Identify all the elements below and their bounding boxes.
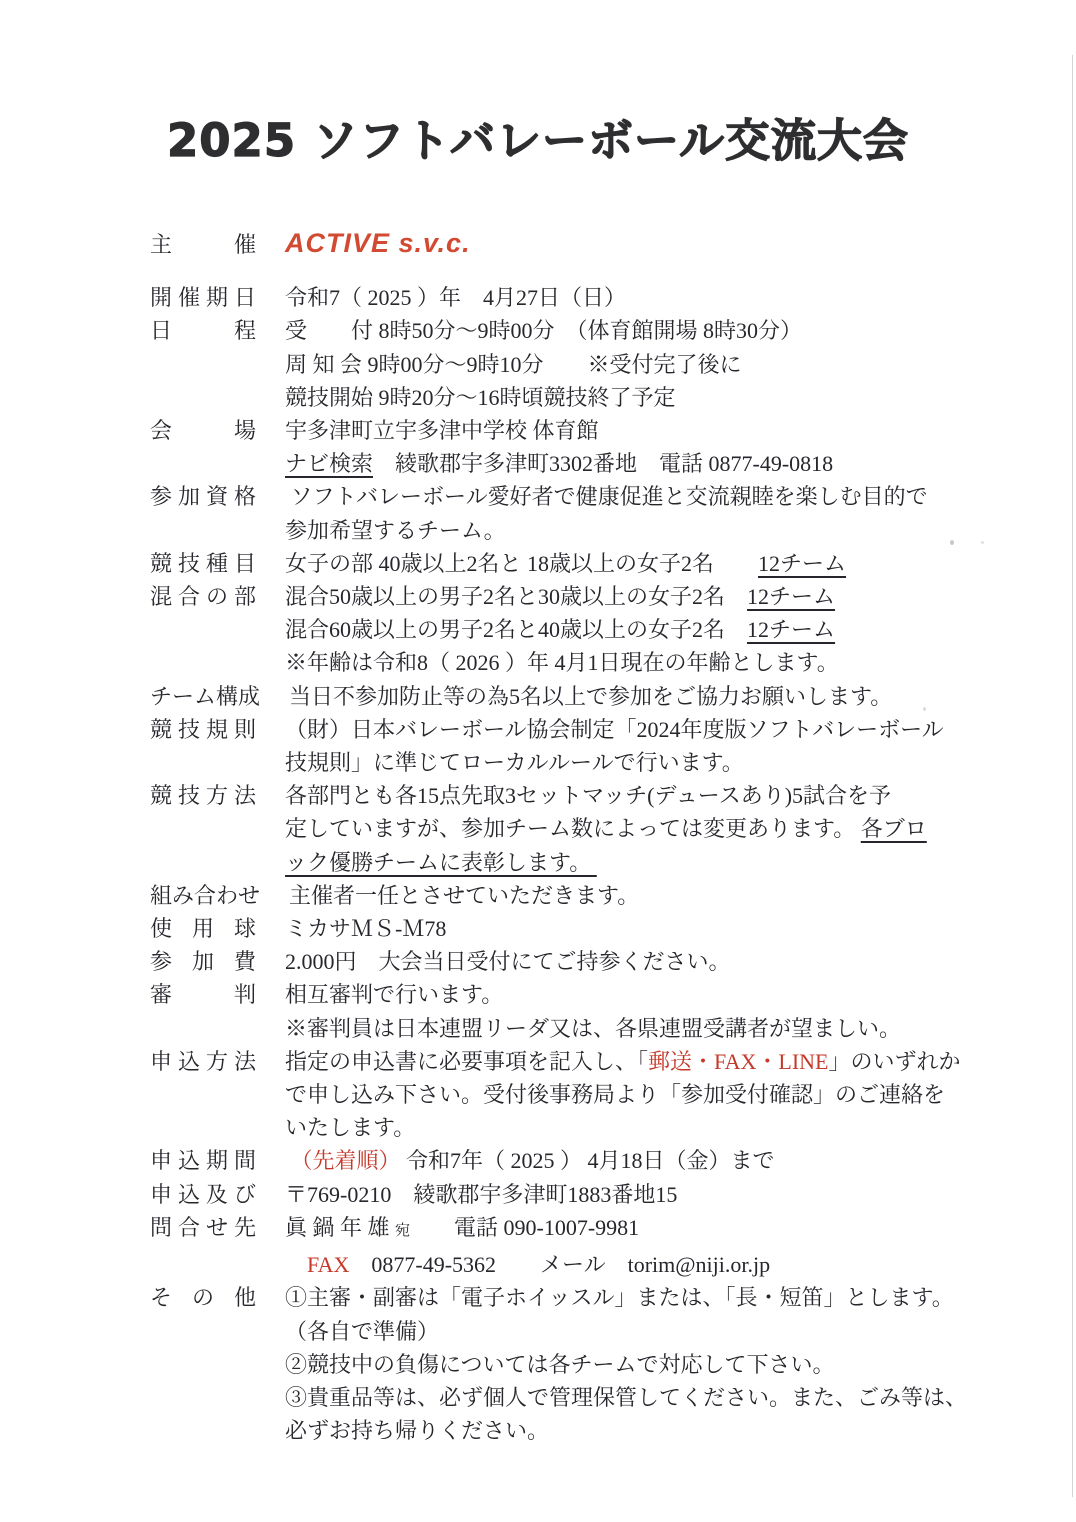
text-segment: FAX (307, 1252, 349, 1277)
document-row: 会 場 宇多津町立宇多津中学校 体育館 (150, 414, 1036, 447)
row-content: FAX 0877-49-5362 メール torim@niji.or.jp (285, 1248, 1036, 1281)
text-segment: 女子の部 40歳以上2名と 18歳以上の女子2名 (285, 551, 758, 576)
scan-speck (981, 541, 984, 544)
document-row: FAX 0877-49-5362 メール torim@niji.or.jp (150, 1248, 1036, 1281)
row-content: で申し込み下さい。受付後事務局より「参加受付確認」のご連絡を (285, 1078, 1036, 1111)
document-row: 申込期間 （先着順） 令和7年（ 2025 ） 4月18日（金）まで (150, 1144, 1036, 1177)
document-row: 参加資格 ソフトバレーボール愛好者で健康促進と交流親睦を楽しむ目的で (150, 480, 1036, 513)
document-row: 開催期日 令和7（ 2025 ）年 4月27日（日） (150, 281, 1036, 314)
text-segment: 電話 090-1007-9981 (410, 1215, 639, 1240)
row-content: ナビ検索 綾歌郡宇多津町3302番地 電話 0877-49-0818 (285, 447, 1036, 480)
text-segment: 受 付 8時50分～9時00分 （体育館開場 8時30分） (285, 318, 802, 343)
row-content: 競技開始 9時20分～16時頃競技終了予定 (285, 381, 1036, 414)
text-segment: 主催者一任とさせていただきます。 (289, 883, 639, 908)
text-segment: 宛 (395, 1223, 410, 1239)
document-row: 申込方法 指定の申込書に必要事項を記入し、「郵送・FAX・LINE」のいずれか (150, 1045, 1036, 1078)
text-segment: 12チーム (747, 617, 835, 642)
text-segment: 混合60歳以上の男子2名と40歳以上の女子2名 (285, 617, 747, 642)
row-label: そ の 他 (150, 1281, 256, 1314)
row-content: いたします。 (285, 1111, 1036, 1144)
row-label: 競技種目 (150, 547, 256, 580)
document-row: 混合60歳以上の男子2名と40歳以上の女子2名 12チーム (150, 613, 1036, 646)
text-segment: ACTIVE s.v.c. (285, 228, 471, 258)
text-segment: ※審判員は日本連盟リーダ又は、各県連盟受講者が望ましい。 (285, 1016, 901, 1041)
text-segment: ミカサＭＳ-Ｍ78 (285, 916, 446, 941)
row-content: 〒769-0210 綾歌郡宇多津町1883番地15 (285, 1178, 1036, 1211)
text-segment: 12チーム (758, 551, 846, 576)
document-row: 審 判 相互審判で行います。 (150, 978, 1036, 1011)
document-row: で申し込み下さい。受付後事務局より「参加受付確認」のご連絡を (150, 1078, 1036, 1111)
row-content: （財）日本バレーボール協会制定「2024年度版ソフトバレーボール (285, 713, 1036, 746)
text-segment: （財）日本バレーボール協会制定「2024年度版ソフトバレーボール (285, 717, 944, 742)
document-row: 技規則」に準じてローカルルールで行います。 (150, 746, 1036, 779)
document-row: 必ずお持ち帰りください。 (150, 1414, 1036, 1447)
text-segment: で申し込み下さい。受付後事務局より「参加受付確認」のご連絡を (285, 1082, 945, 1107)
row-content: ①主審・副審は「電子ホイッスル」または、「長・短笛」とします。 (285, 1281, 1036, 1314)
row-content: 定していますが、参加チーム数によっては変更あります。 各ブロ (285, 812, 1036, 845)
document-row: ック優勝チームに表彰します。 (150, 846, 1036, 879)
row-label: 混合の部 (150, 580, 256, 613)
row-content: 参加希望するチーム。 (285, 514, 1036, 547)
text-segment: 定していますが、参加チーム数によっては変更あります。 (285, 816, 861, 841)
document-row: ※年齢は令和8（ 2026 ）年 4月1日現在の年齢とします。 (150, 646, 1036, 679)
document-body: 主 催 ACTIVE s.v.c. 開催期日 令和7（ 2025 ）年 4月27… (0, 227, 1076, 1447)
row-content: 必ずお持ち帰りください。 (285, 1414, 1036, 1447)
text-segment: 〒769-0210 綾歌郡宇多津町1883番地15 (285, 1182, 677, 1207)
text-segment: （先着順） (291, 1148, 401, 1173)
row-content: 2.000円 大会当日受付にてご持参ください。 (285, 945, 1036, 978)
text-segment: ①主審・副審は「電子ホイッスル」または、「長・短笛」とします。 (285, 1285, 954, 1310)
row-content: 技規則」に準じてローカルルールで行います。 (285, 746, 1036, 779)
text-segment: 競技開始 9時20分～16時頃競技終了予定 (285, 385, 676, 410)
row-label: 開催期日 (150, 281, 256, 314)
row-label: 問合せ先 (150, 1211, 256, 1244)
row-content: 混合50歳以上の男子2名と30歳以上の女子2名 12チーム (285, 580, 1036, 613)
row-content: ACTIVE s.v.c. (285, 227, 1036, 261)
row-content: ※年齢は令和8（ 2026 ）年 4月1日現在の年齢とします。 (285, 646, 1036, 679)
row-content: 女子の部 40歳以上2名と 18歳以上の女子2名 12チーム (285, 547, 1036, 580)
text-segment: 眞 鍋 年 雄 (285, 1215, 395, 1240)
row-label: 参 加 費 (150, 945, 256, 978)
text-segment: 各ブロ (861, 816, 927, 841)
text-segment: 」のいずれか (829, 1049, 961, 1074)
text-segment: ②競技中の負傷については各チームで対応して下さい。 (285, 1352, 835, 1377)
row-content: ③貴重品等は、必ず個人で管理保管してください。また、ごみ等は、 (285, 1381, 1036, 1414)
row-content: ※審判員は日本連盟リーダ又は、各県連盟受講者が望ましい。 (285, 1012, 1036, 1045)
document-row: 組み合わせ 主催者一任とさせていただきます。 (150, 879, 1036, 912)
document-row: 使 用 球 ミカサＭＳ-Ｍ78 (150, 912, 1036, 945)
text-segment: 必ずお持ち帰りください。 (285, 1418, 549, 1443)
text-segment: 令和7（ 2025 ）年 4月27日（日） (285, 285, 626, 310)
text-segment: 2.000円 大会当日受付にてご持参ください。 (285, 949, 731, 974)
row-content: 令和7（ 2025 ）年 4月27日（日） (285, 281, 1036, 314)
row-label: 日 程 (150, 314, 256, 347)
text-segment: 周 知 会 9時00分～9時10分 ※受付完了後に (285, 352, 742, 377)
text-segment: ック優勝チームに表彰します。 (285, 850, 597, 875)
text-segment: ③貴重品等は、必ず個人で管理保管してください。また、ごみ等は、 (285, 1385, 967, 1410)
row-label: 組み合わせ (150, 879, 260, 912)
row-content: 主催者一任とさせていただきます。 (289, 879, 1036, 912)
row-content: ソフトバレーボール愛好者で健康促進と交流親睦を楽しむ目的で (285, 480, 1036, 513)
text-segment: 綾歌郡宇多津町3302番地 電話 0877-49-0818 (373, 451, 833, 476)
text-segment: 各部門とも各15点先取3セットマッチ(デュースあり)5試合を予 (285, 783, 891, 808)
document-page: 2025 ソフトバレーボール交流大会 主 催 ACTIVE s.v.c. 開催期… (0, 0, 1076, 1522)
document-row: 日 程 受 付 8時50分～9時00分 （体育館開場 8時30分） (150, 314, 1036, 347)
text-segment: 混合50歳以上の男子2名と30歳以上の女子2名 (285, 584, 747, 609)
text-segment: 当日不参加防止等の為5名以上で参加をご協力お願いします。 (289, 684, 892, 709)
row-label: 申込期間 (150, 1144, 256, 1177)
text-segment: 令和7年（ 2025 ） 4月18日（金）まで (401, 1148, 775, 1173)
text-segment: 12チーム (747, 584, 835, 609)
text-segment: 指定の申込書に必要事項を記入し、「 (285, 1049, 648, 1074)
text-segment: 相互審判で行います。 (285, 982, 503, 1007)
document-row: 申込及び 〒769-0210 綾歌郡宇多津町1883番地15 (150, 1178, 1036, 1211)
document-row: ③貴重品等は、必ず個人で管理保管してください。また、ごみ等は、 (150, 1381, 1036, 1414)
row-label: 審 判 (150, 978, 256, 1011)
document-row: 競技規則 （財）日本バレーボール協会制定「2024年度版ソフトバレーボール (150, 713, 1036, 746)
document-row: 定していますが、参加チーム数によっては変更あります。 各ブロ (150, 812, 1036, 845)
text-segment: ※年齢は令和8（ 2026 ）年 4月1日現在の年齢とします。 (285, 650, 839, 675)
row-content: 相互審判で行います。 (285, 978, 1036, 1011)
row-content: 宇多津町立宇多津中学校 体育館 (285, 414, 1036, 447)
document-row: そ の 他 ①主審・副審は「電子ホイッスル」または、「長・短笛」とします。 (150, 1281, 1036, 1314)
row-label: 主 催 (150, 228, 256, 261)
document-row: いたします。 (150, 1111, 1036, 1144)
row-content: 各部門とも各15点先取3セットマッチ(デュースあり)5試合を予 (285, 779, 1036, 812)
row-content: 周 知 会 9時00分～9時10分 ※受付完了後に (285, 348, 1036, 381)
title-area: 2025 ソフトバレーボール交流大会 (0, 0, 1076, 169)
text-segment: ナビ検索 (285, 451, 373, 476)
row-label: 会 場 (150, 414, 256, 447)
row-content: 混合60歳以上の男子2名と40歳以上の女子2名 12チーム (285, 613, 1036, 646)
row-content: （先着順） 令和7年（ 2025 ） 4月18日（金）まで (285, 1144, 1036, 1177)
text-segment: 参加希望するチーム。 (285, 518, 506, 543)
row-content: （各自で準備） (285, 1315, 1036, 1348)
scan-speck (923, 707, 926, 711)
row-content: ミカサＭＳ-Ｍ78 (285, 912, 1036, 945)
document-row: 競技方法 各部門とも各15点先取3セットマッチ(デュースあり)5試合を予 (150, 779, 1036, 812)
row-content: ②競技中の負傷については各チームで対応して下さい。 (285, 1348, 1036, 1381)
document-row: 参加希望するチーム。 (150, 514, 1036, 547)
document-row: 競技種目 女子の部 40歳以上2名と 18歳以上の女子2名 12チーム (150, 547, 1036, 580)
row-content: 指定の申込書に必要事項を記入し、「郵送・FAX・LINE」のいずれか (285, 1045, 1036, 1078)
text-segment: いたします。 (285, 1115, 415, 1140)
document-row: ナビ検索 綾歌郡宇多津町3302番地 電話 0877-49-0818 (150, 447, 1036, 480)
document-row: ※審判員は日本連盟リーダ又は、各県連盟受講者が望ましい。 (150, 1012, 1036, 1045)
document-row: 混合の部 混合50歳以上の男子2名と30歳以上の女子2名 12チーム (150, 580, 1036, 613)
scan-speck (950, 540, 954, 545)
row-content: 眞 鍋 年 雄 宛 電話 090-1007-9981 (285, 1211, 1036, 1248)
row-label: 申込及び (150, 1178, 256, 1211)
text-segment: 郵送・FAX・LINE (648, 1049, 828, 1074)
row-content: ック優勝チームに表彰します。 (285, 846, 1036, 879)
text-segment: ソフトバレーボール愛好者で健康促進と交流親睦を楽しむ目的で (285, 484, 928, 509)
document-row: 主 催 ACTIVE s.v.c. (150, 227, 1036, 261)
scan-edge-artifact (1072, 55, 1074, 1497)
text-segment: （各自で準備） (285, 1319, 439, 1344)
document-row: 参 加 費 2.000円 大会当日受付にてご持参ください。 (150, 945, 1036, 978)
document-row: 周 知 会 9時00分～9時10分 ※受付完了後に (150, 348, 1036, 381)
text-segment: 0877-49-5362 メール torim@niji.or.jp (349, 1252, 770, 1277)
document-row: （各自で準備） (150, 1315, 1036, 1348)
text-segment: 宇多津町立宇多津中学校 体育館 (285, 418, 599, 443)
document-row: ②競技中の負傷については各チームで対応して下さい。 (150, 1348, 1036, 1381)
document-row: 競技開始 9時20分～16時頃競技終了予定 (150, 381, 1036, 414)
row-label: チーム構成 (150, 680, 260, 713)
row-label: 競技規則 (150, 713, 256, 746)
document-row: チーム構成 当日不参加防止等の為5名以上で参加をご協力お願いします。 (150, 680, 1036, 713)
page-title: 2025 ソフトバレーボール交流大会 (167, 104, 909, 169)
row-label: 参加資格 (150, 480, 256, 513)
row-label: 申込方法 (150, 1045, 256, 1078)
text-segment: 技規則」に準じてローカルルールで行います。 (285, 750, 744, 775)
row-label: 使 用 球 (150, 912, 256, 945)
document-row: 問合せ先 眞 鍋 年 雄 宛 電話 090-1007-9981 (150, 1211, 1036, 1248)
row-content: 受 付 8時50分～9時00分 （体育館開場 8時30分） (285, 314, 1036, 347)
row-label: 競技方法 (150, 779, 256, 812)
